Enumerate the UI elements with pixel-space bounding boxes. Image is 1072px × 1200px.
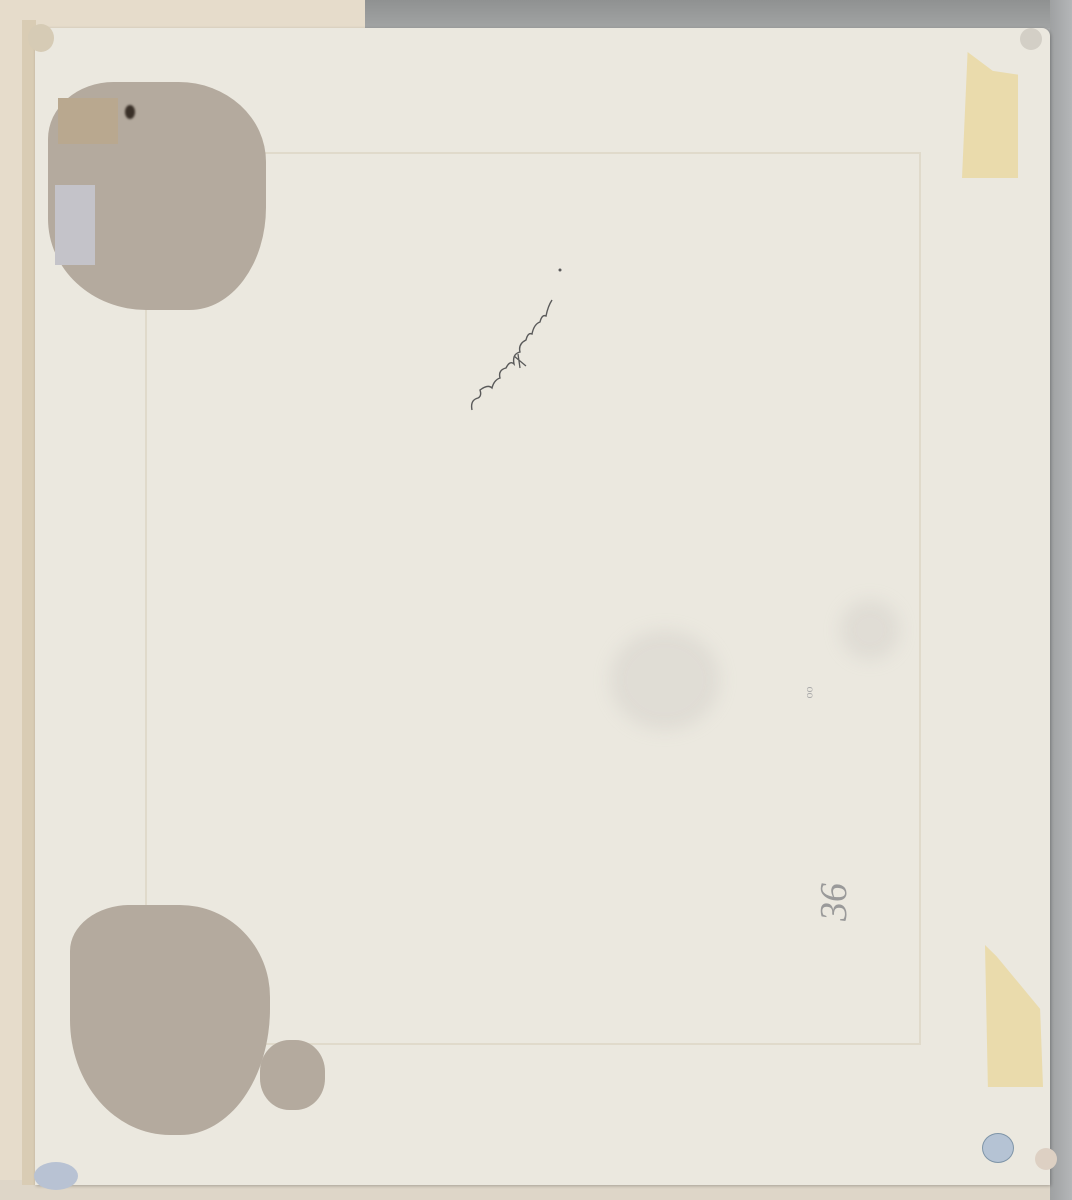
corner-residue-br (982, 1133, 1014, 1163)
adhesive-residue-bottom-left (70, 905, 270, 1135)
corner-residue-tr (1020, 28, 1042, 50)
background-right (1050, 0, 1072, 1200)
sheet-left-edge (22, 20, 36, 1185)
background-surface (365, 0, 1072, 28)
residue-blue-patch (55, 185, 95, 265)
pencil-number: 36 (812, 883, 856, 921)
corner-residue-bl (34, 1162, 78, 1190)
ink-spot (125, 105, 135, 119)
smudge (840, 600, 900, 660)
smudge (610, 630, 720, 730)
corner-residue-br2 (1035, 1148, 1057, 1170)
corner-residue-tl (28, 24, 54, 52)
residue-stain (58, 98, 118, 144)
pencil-small-mark: oo (802, 687, 817, 699)
pencil-signature-icon (468, 260, 568, 420)
adhesive-residue-tail (260, 1040, 325, 1110)
